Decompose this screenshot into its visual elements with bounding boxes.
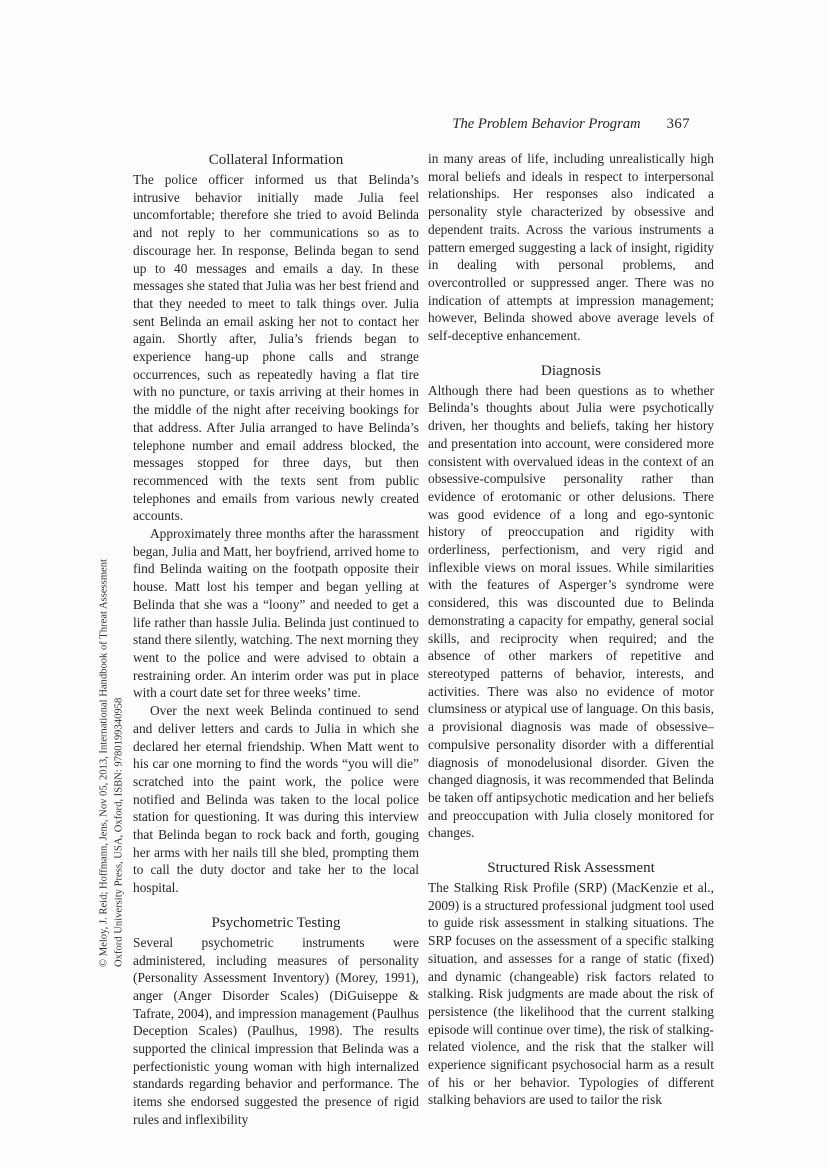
book-page: © Meloy, J. Reid; Hoffmann, Jens, Nov 05… [0, 0, 828, 1169]
left-column: Collateral Information The police office… [133, 150, 419, 1129]
paragraph-sra-1: The Stalking Risk Profile (SRP) (MacKenz… [428, 879, 714, 1109]
paragraph-collateral-2: Approximately three months after the har… [133, 525, 419, 702]
paragraph-psychometric-1: Several psychometric instruments were ad… [133, 934, 419, 1129]
heading-diagnosis: Diagnosis [428, 361, 714, 381]
paragraph-collateral-3: Over the next week Belinda continued to … [133, 702, 419, 897]
paragraph-continuation: in many areas of life, including unreali… [428, 150, 714, 345]
running-head-title: The Problem Behavior Program [452, 116, 640, 133]
heading-collateral-information: Collateral Information [133, 150, 419, 170]
running-head: The Problem Behavior Program 367 [428, 116, 690, 133]
copyright-line-2: Oxford University Press, USA, Oxford, IS… [112, 495, 127, 967]
copyright-line-1: © Meloy, J. Reid; Hoffmann, Jens, Nov 05… [98, 495, 113, 967]
page-number: 367 [667, 116, 690, 133]
heading-psychometric-testing: Psychometric Testing [133, 913, 419, 933]
heading-structured-risk-assessment: Structured Risk Assessment [428, 858, 714, 878]
copyright-sidebar: © Meloy, J. Reid; Hoffmann, Jens, Nov 05… [98, 495, 127, 967]
right-column: in many areas of life, including unreali… [428, 150, 714, 1109]
paragraph-diagnosis-1: Although there had been questions as to … [428, 382, 714, 842]
paragraph-collateral-1: The police officer informed us that Beli… [133, 171, 419, 525]
